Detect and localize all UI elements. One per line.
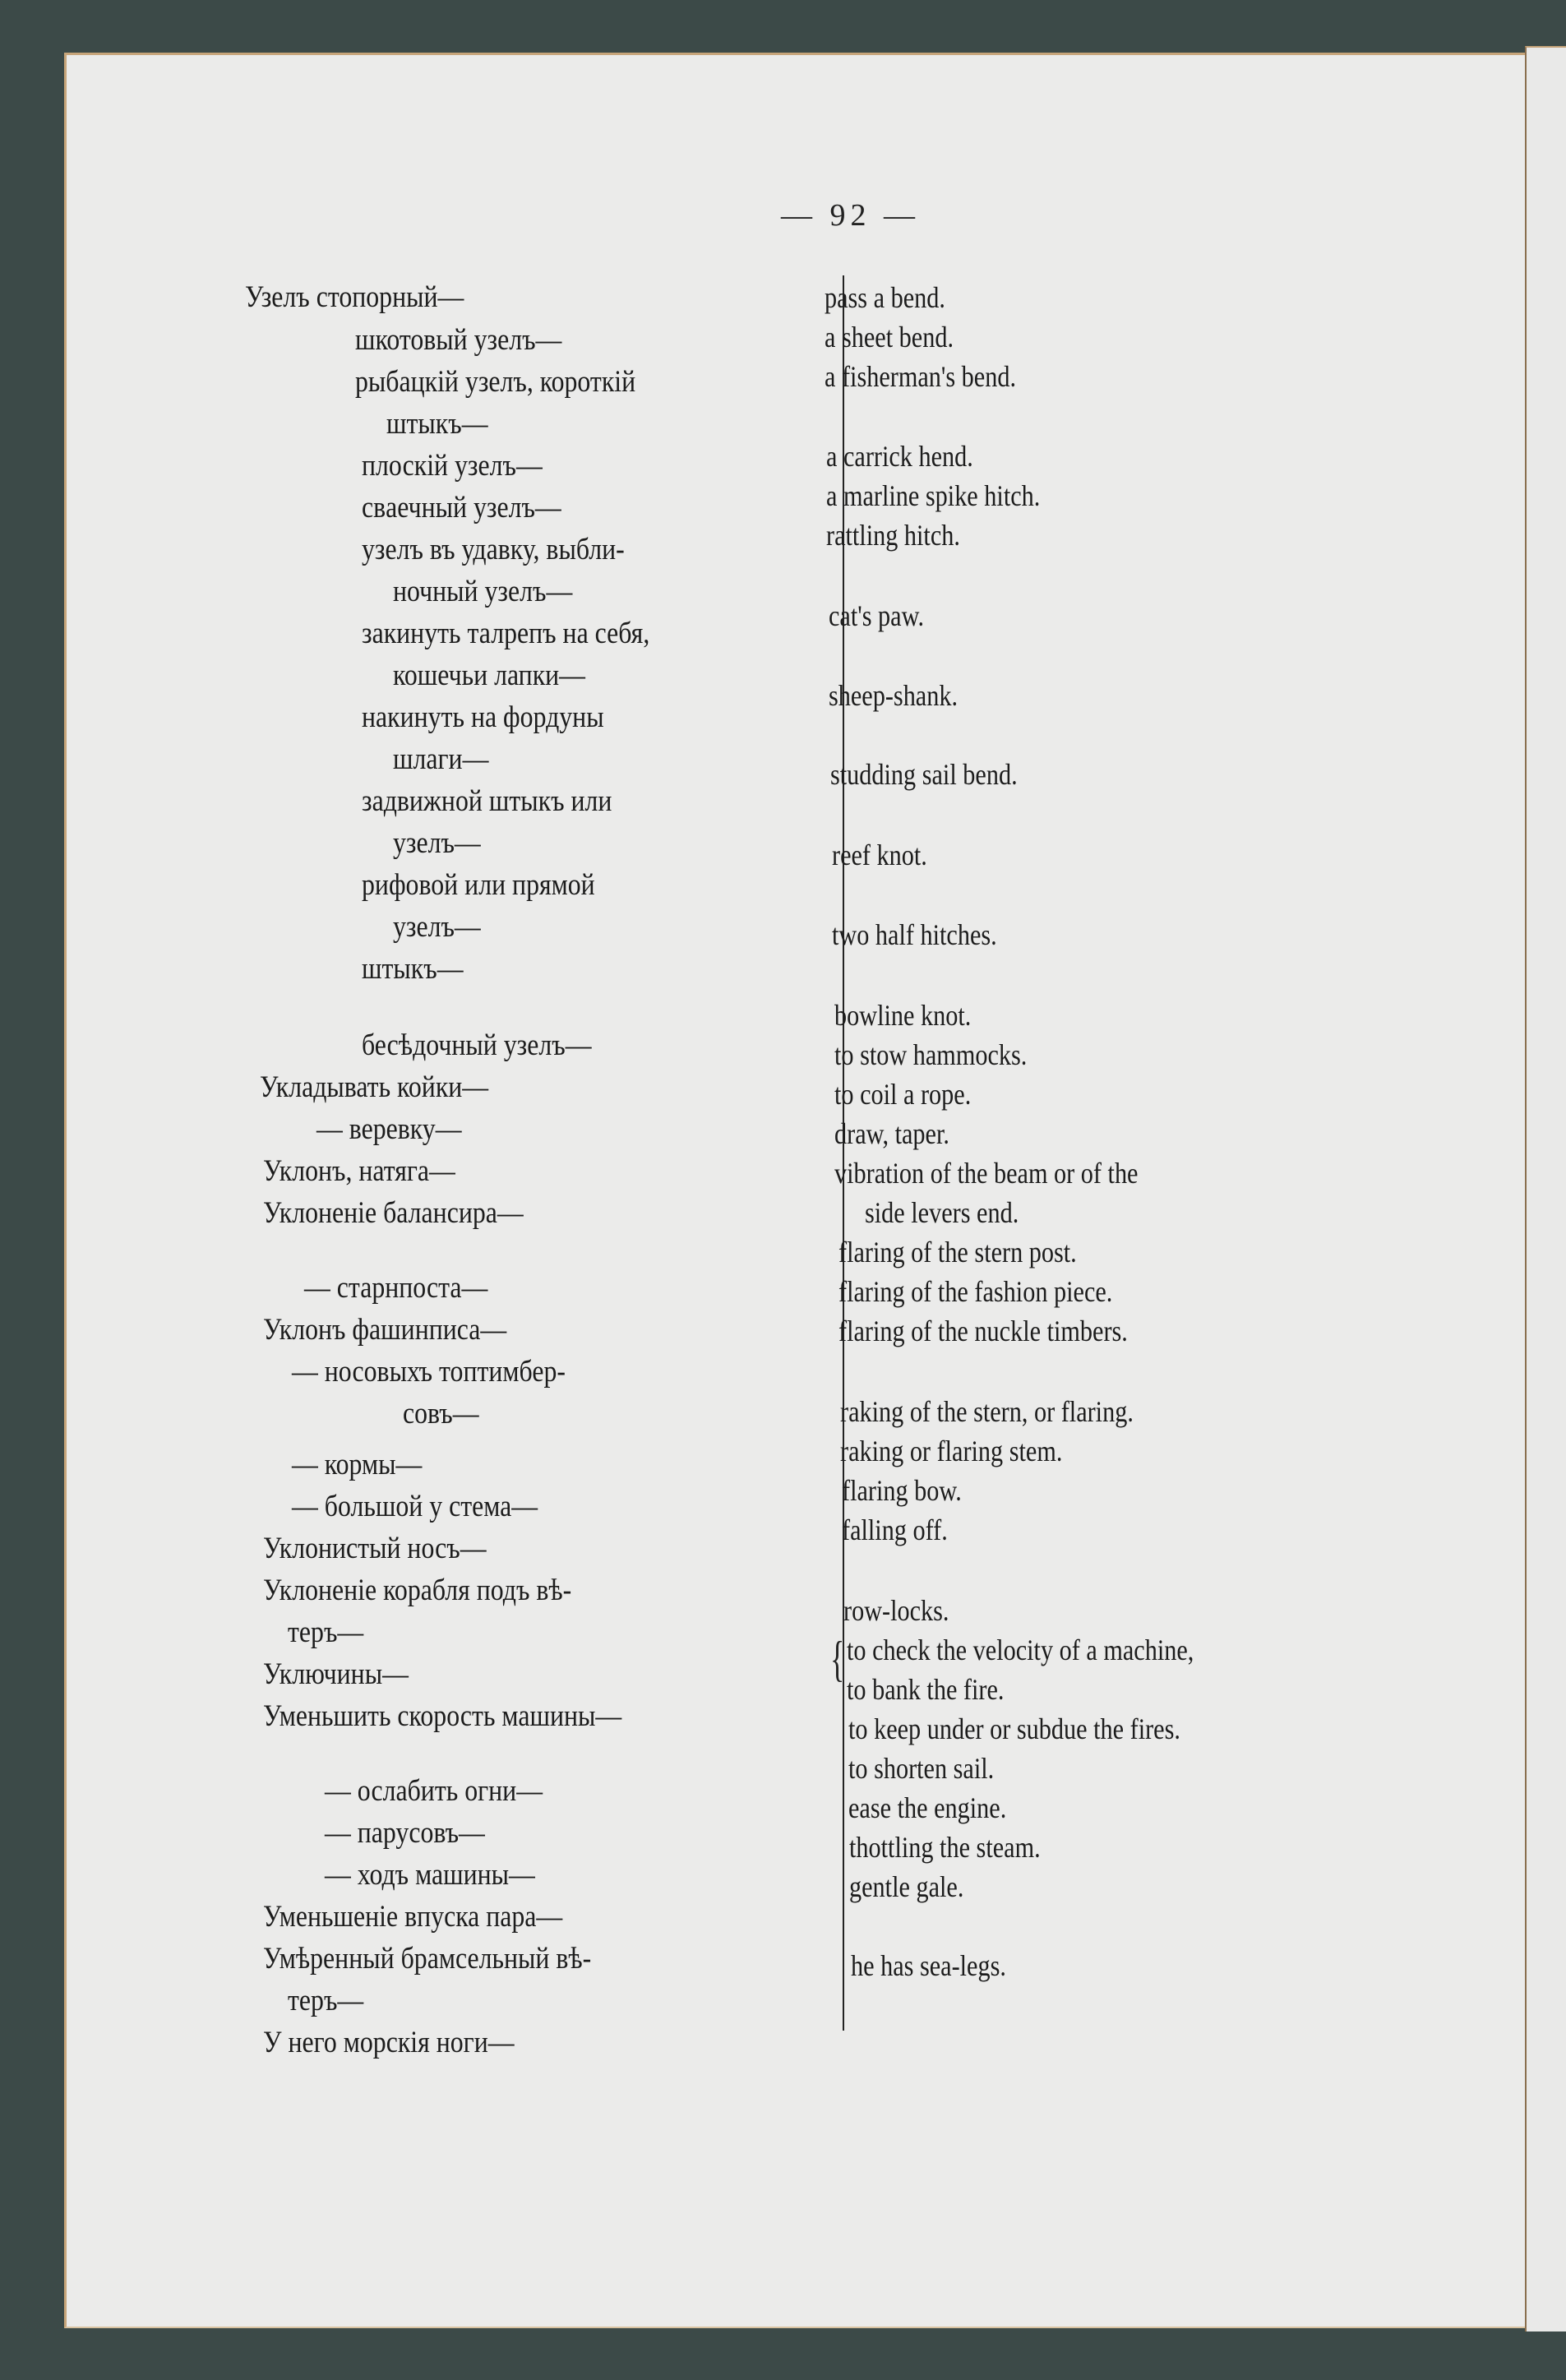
english-translation: sheep-shank. (829, 677, 958, 714)
english-translation: thottling the steam. (849, 1829, 1041, 1865)
english-translation: a carrick hend. (826, 438, 973, 474)
russian-term: теръ— (288, 1983, 363, 2019)
brace-bracket: { (830, 1634, 844, 1684)
russian-term: — старнпоста— (304, 1270, 487, 1306)
russian-term: шлаги— (393, 742, 488, 778)
russian-term: задвижной штыкъ или (362, 783, 612, 820)
russian-term: рыбацкій узелъ, короткій (355, 364, 635, 400)
english-translation: flaring bow. (842, 1472, 962, 1509)
russian-term: узелъ— (393, 825, 481, 862)
english-translation: he has sea-legs. (851, 1948, 1006, 1984)
russian-term: Уклонъ фашинписа— (263, 1312, 506, 1348)
russian-term: ночный узелъ— (393, 574, 572, 610)
english-translation: to bank the fire. (847, 1671, 1004, 1708)
russian-term: — большой у стема— (292, 1489, 538, 1525)
russian-term: Узелъ стопорный— (245, 280, 464, 316)
russian-term: штыкъ— (386, 406, 488, 442)
russian-term: Уклоненіе корабля подъ вѣ- (263, 1573, 571, 1609)
russian-term: узелъ— (393, 909, 481, 945)
english-translation: to check the velocity of a machine, (847, 1632, 1194, 1668)
english-translation: flaring of the nuckle timbers. (838, 1313, 1128, 1349)
english-translation: row-locks. (843, 1592, 949, 1629)
russian-term: штыкъ— (362, 951, 464, 987)
russian-term: Укладывать койки— (260, 1070, 488, 1106)
russian-term: — носовыхъ топтимбер- (292, 1354, 566, 1390)
russian-term: — парусовъ— (325, 1815, 485, 1851)
english-translation: rattling hitch. (826, 517, 960, 553)
russian-term: бесѣдочный узелъ— (362, 1028, 592, 1064)
russian-term: Уклонистый носъ— (263, 1531, 487, 1567)
next-page-edge (1525, 46, 1566, 2331)
english-translation: raking or flaring stem. (840, 1433, 1062, 1469)
russian-term: накинуть на фордуны (362, 700, 604, 736)
english-translation: to keep under or subdue the fires. (848, 1711, 1180, 1747)
russian-term: теръ— (288, 1615, 363, 1651)
russian-term: Уключины— (263, 1657, 409, 1693)
russian-term: Умѣренный брамсельный вѣ- (263, 1941, 591, 1977)
russian-term: Уклоненіе балансира— (263, 1195, 524, 1232)
russian-term: свaечный узелъ— (362, 490, 561, 526)
russian-term: — веревку— (316, 1111, 462, 1148)
russian-term: совъ— (403, 1396, 479, 1432)
english-translation: bowline knot. (834, 997, 971, 1033)
english-translation: draw, taper. (834, 1116, 949, 1152)
english-translation: to stow hammocks. (834, 1037, 1027, 1073)
russian-term: шкотовый узелъ— (355, 322, 561, 358)
russian-term: кошечьи лапки— (393, 658, 585, 694)
russian-term: — ходъ машины— (325, 1857, 535, 1893)
english-translation: reef knot. (832, 837, 927, 873)
russian-term: плоскій узелъ— (362, 448, 543, 484)
english-translation: side levers end. (865, 1195, 1019, 1231)
english-translation: two half hitches. (832, 917, 997, 953)
english-translation: vibration of the beam or of the (834, 1155, 1138, 1191)
english-translation: a marline spike hitch. (826, 478, 1040, 514)
russian-term: Уклонъ, натяга— (263, 1153, 455, 1190)
book-page (64, 53, 1544, 2328)
english-translation: pass a bend. (825, 280, 945, 316)
english-translation: to coil a rope. (834, 1076, 971, 1112)
russian-term: — кормы— (292, 1447, 422, 1483)
english-translation: raking of the stern, or flaring. (840, 1393, 1134, 1430)
page-number: — 92 — (781, 197, 920, 233)
english-translation: a sheet bend. (825, 319, 954, 355)
russian-term: — ослабить огни— (325, 1773, 543, 1809)
russian-term: У него морскія ноги— (263, 2025, 515, 2061)
english-translation: falling off. (842, 1512, 948, 1548)
english-translation: flaring of the stern post. (838, 1234, 1077, 1270)
russian-term: Уменьшить скорость машины— (263, 1698, 621, 1735)
russian-term: узелъ въ удавку, выбли- (362, 532, 625, 568)
english-translation: to shorten sail. (848, 1750, 994, 1786)
russian-term: рифовой или прямой (362, 867, 595, 903)
english-translation: a fisherman's bend. (825, 358, 1016, 395)
russian-term: Уменьшеніе впуска пара— (263, 1899, 562, 1935)
english-translation: gentle gale. (849, 1869, 963, 1905)
english-translation: cat's paw. (829, 598, 924, 634)
russian-term: закинуть талрепъ на себя, (362, 616, 649, 652)
english-translation: flaring of the fashion piece. (838, 1273, 1112, 1310)
english-translation: ease the engine. (848, 1790, 1006, 1826)
english-translation: studding sail bend. (830, 756, 1018, 793)
